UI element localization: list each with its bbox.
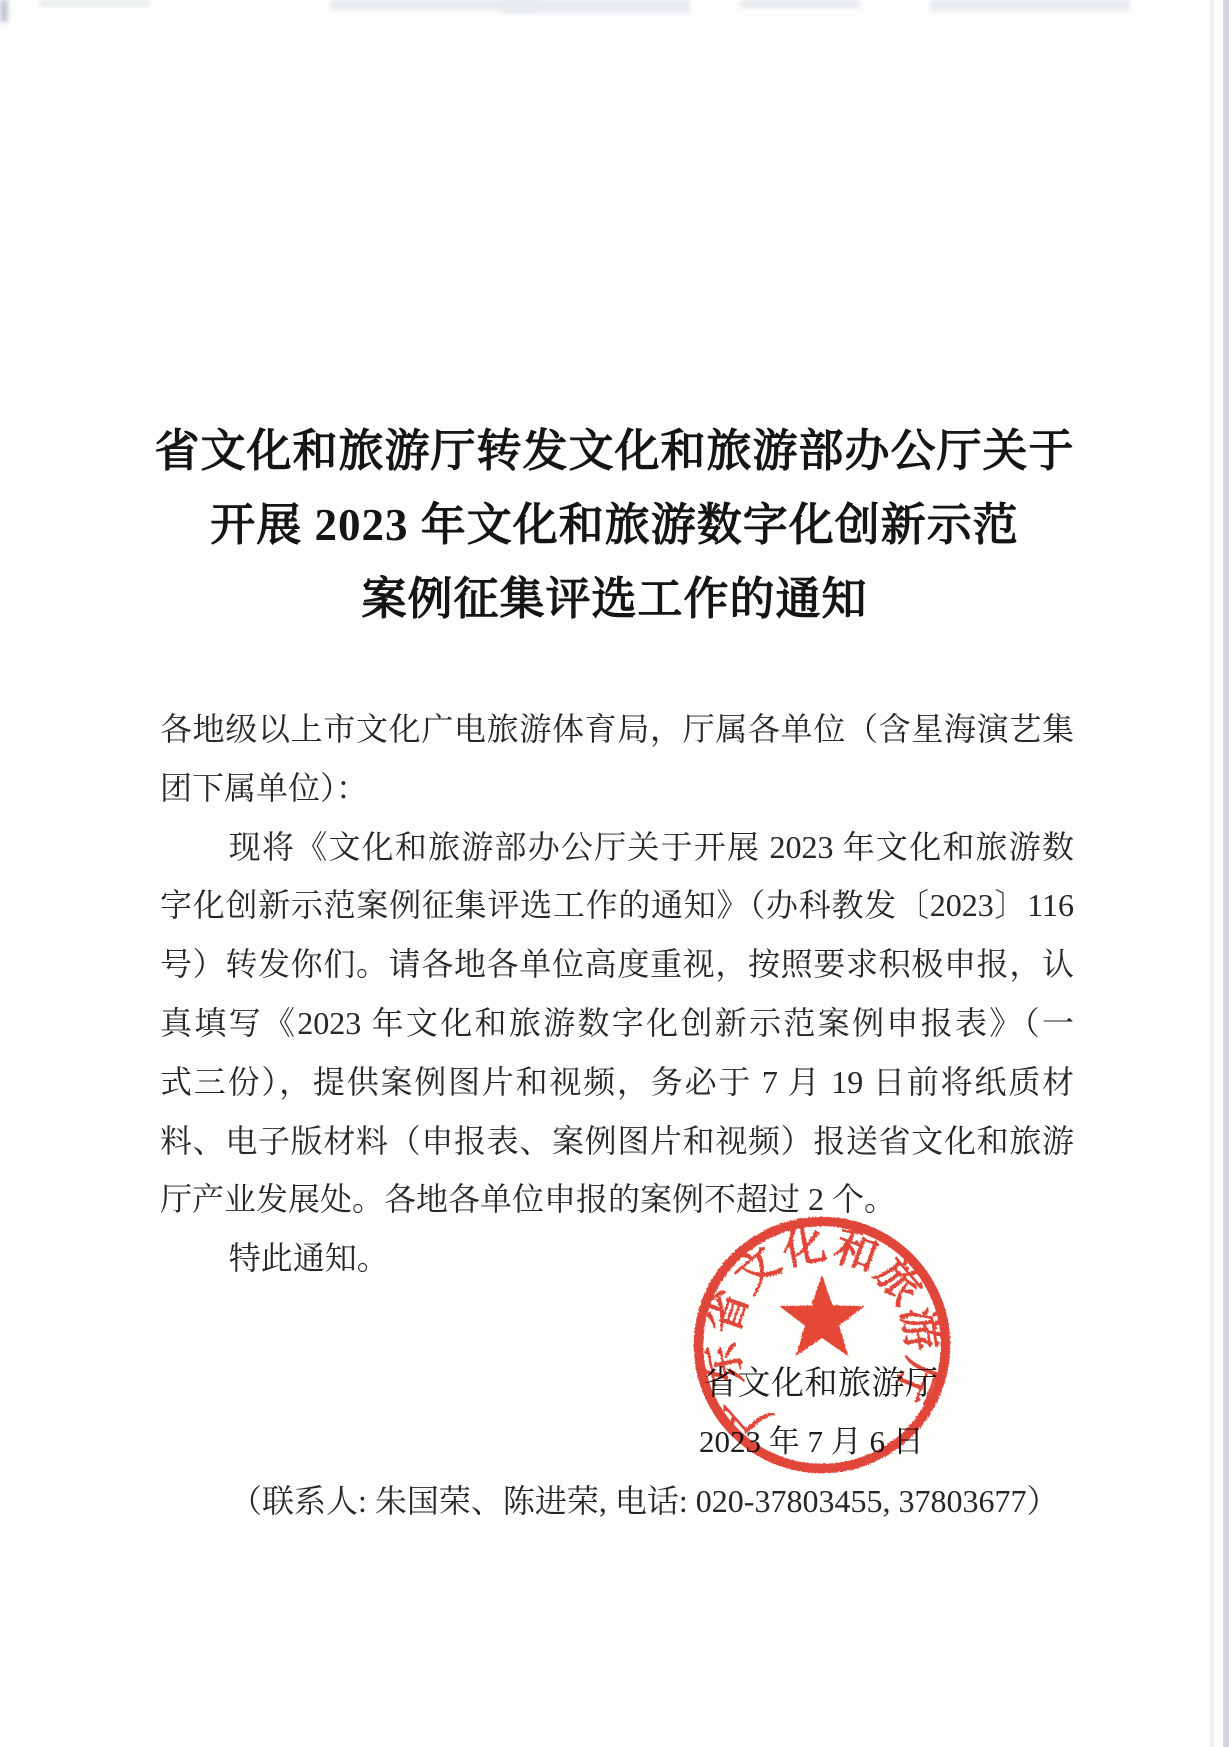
body-line: 字化创新示范案例征集评选工作的通知》（办科教发〔2023〕116 (160, 876, 1074, 935)
body-line: 号）转发你们。请各地各单位高度重视，按照要求积极申报，认 (160, 935, 1074, 994)
body-line: 料、电子版材料（申报表、案例图片和视频）报送省文化和旅游 (160, 1112, 1074, 1171)
document-title-line-2: 开展 2023 年文化和旅游数字化创新示范 (60, 488, 1169, 562)
official-seal: 广东省文化和旅游厅 (672, 1198, 976, 1498)
scan-artifact (930, 0, 1130, 11)
document-title-line-1: 省文化和旅游厅转发文化和旅游部办公厅关于 (60, 414, 1169, 488)
page-scan-edge (1210, 0, 1214, 1747)
document-title: 省文化和旅游厅转发文化和旅游部办公厅关于 开展 2023 年文化和旅游数字化创新… (60, 414, 1169, 636)
document-title-line-3: 案例征集评选工作的通知 (60, 562, 1169, 636)
scan-artifact (0, 0, 8, 22)
scan-artifact (40, 0, 150, 6)
body-line: 各地级以上市文化广电旅游体育局，厅属各单位（含星海演艺集 (160, 700, 1074, 759)
page-scan-edge (1223, 0, 1229, 1747)
red-star-icon (779, 1275, 865, 1356)
body-line: 团下属单位）： (160, 759, 1074, 818)
body-line: 真填写《2023 年文化和旅游数字化创新示范案例申报表》（一 (160, 994, 1074, 1053)
body-line: 现将《文化和旅游部办公厅关于开展 2023 年文化和旅游数 (160, 818, 1074, 877)
body-line: 式三份），提供案例图片和视频，务必于 7 月 19 日前将纸质材 (160, 1053, 1074, 1112)
document-page: 省文化和旅游厅转发文化和旅游部办公厅关于 开展 2023 年文化和旅游数字化创新… (0, 0, 1229, 1747)
scan-artifact (500, 0, 690, 13)
scan-artifact (740, 0, 860, 8)
